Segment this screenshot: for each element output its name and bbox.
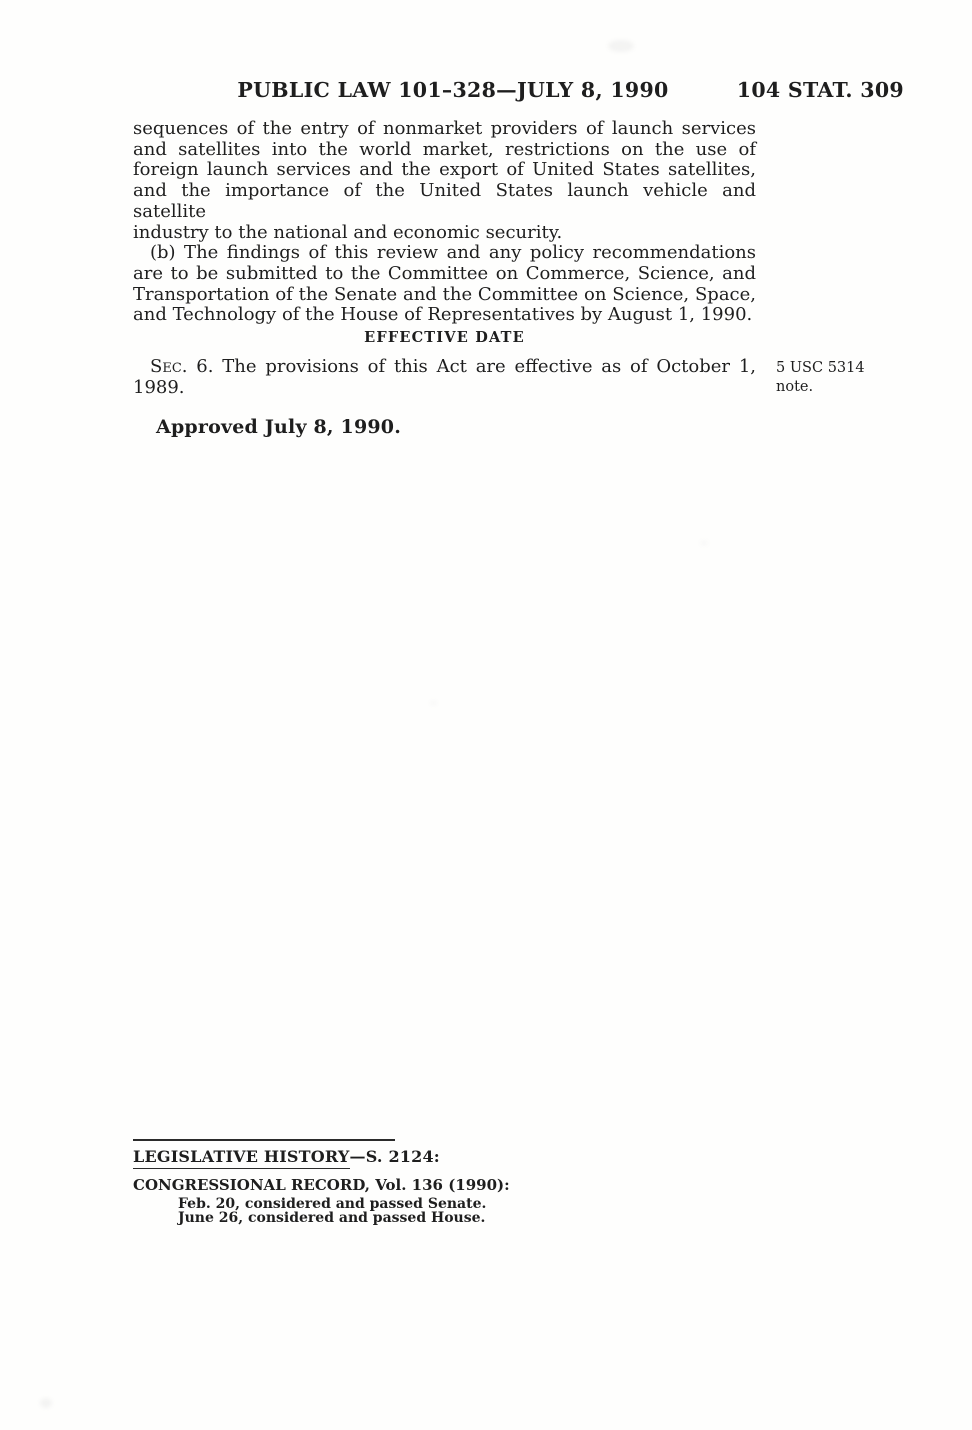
sec6-text: The provisions of this Act are effective… <box>213 356 756 377</box>
body-line: Transportation of the Senate and the Com… <box>133 285 756 306</box>
body-line: and satellites into the world market, re… <box>133 140 756 161</box>
statute-page: PUBLIC LAW 101–328—JULY 8, 1990 104 STAT… <box>0 0 972 1430</box>
body-line: (b) The findings of this review and any … <box>133 243 756 264</box>
body-line: Sec. 6. The provisions of this Act are e… <box>133 357 756 378</box>
congressional-record-line: CONGRESSIONAL RECORD, Vol. 136 (1990): <box>133 1176 510 1194</box>
margin-note-line: note. <box>776 378 906 397</box>
body-text: sequences of the entry of nonmarket prov… <box>133 119 756 326</box>
legislative-history-heading: LEGISLATIVE HISTORY—S. 2124: <box>133 1147 440 1166</box>
scan-artifact <box>40 1398 52 1408</box>
scan-artifact <box>700 540 708 546</box>
scan-artifact <box>608 40 634 52</box>
sec-label: Sec. 6. <box>150 356 213 377</box>
sec6-paragraph: Sec. 6. The provisions of this Act are e… <box>133 357 756 398</box>
body-line: 1989. <box>133 378 756 399</box>
record-item: June 26, considered and passed House. <box>178 1210 485 1226</box>
page-title: PUBLIC LAW 101–328—JULY 8, 1990 <box>133 78 773 102</box>
body-line: are to be submitted to the Committee on … <box>133 264 756 285</box>
margin-note-line: 5 USC 5314 <box>776 359 906 378</box>
stat-reference: 104 STAT. 309 <box>737 78 904 102</box>
legislative-history-bill: —S. 2124: <box>350 1147 440 1166</box>
section-heading-effective-date: EFFECTIVE DATE <box>133 329 756 346</box>
legislative-history-label: LEGISLATIVE HISTORY <box>133 1147 350 1169</box>
body-line: and the importance of the United States … <box>133 181 756 222</box>
scan-artifact <box>430 700 437 706</box>
body-line: and Technology of the House of Represent… <box>133 305 756 326</box>
body-line: industry to the national and economic se… <box>133 223 756 244</box>
body-line: foreign launch services and the export o… <box>133 160 756 181</box>
margin-note: 5 USC 5314 note. <box>776 359 906 396</box>
footer-divider <box>133 1139 395 1141</box>
body-line: sequences of the entry of nonmarket prov… <box>133 119 756 140</box>
approved-line: Approved July 8, 1990. <box>156 416 401 438</box>
